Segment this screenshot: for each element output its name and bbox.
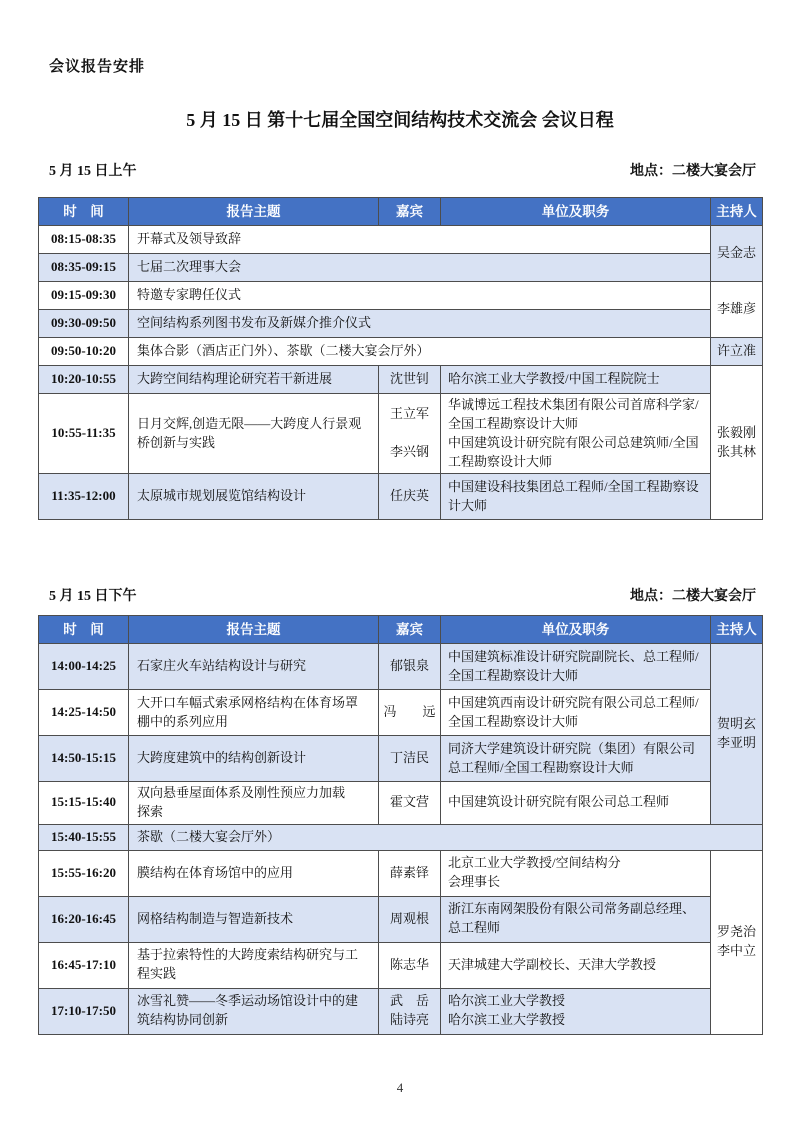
cell-unit: 哈尔滨工业大学教授/中国工程院院士 bbox=[441, 366, 711, 394]
column-header-0: 时 间 bbox=[39, 198, 129, 226]
cell-time: 09:30-09:50 bbox=[39, 310, 129, 338]
cell-guest: 丁洁民 bbox=[379, 736, 441, 782]
cell-unit: 哈尔滨工业大学教授 哈尔滨工业大学教授 bbox=[441, 988, 711, 1034]
header-row: 时 间报告主题嘉宾单位及职务主持人 bbox=[39, 616, 763, 644]
cell-time: 09:50-10:20 bbox=[39, 338, 129, 366]
table-row: 14:00-14:25石家庄火车站结构设计与研究郁银泉中国建筑标准设计研究院副院… bbox=[39, 644, 763, 690]
header-row: 时 间报告主题嘉宾单位及职务主持人 bbox=[39, 198, 763, 226]
cell-topic: 大跨度建筑中的结构创新设计 bbox=[129, 736, 379, 782]
cell-unit: 中国建筑标准设计研究院副院长、总工程师/全国工程勘察设计大师 bbox=[441, 644, 711, 690]
cell-topic: 石家庄火车站结构设计与研究 bbox=[129, 644, 379, 690]
cell-topic: 特邀专家聘任仪式 bbox=[129, 282, 711, 310]
table-row: 09:30-09:50空间结构系列图书发布及新媒介推介仪式 bbox=[39, 310, 763, 338]
cell-host: 吴金志 bbox=[711, 226, 763, 282]
table-row: 15:40-15:55茶歇（二楼大宴会厅外） bbox=[39, 824, 763, 850]
cell-guest: 沈世钊 bbox=[379, 366, 441, 394]
cell-guest: 王立军 李兴钢 bbox=[379, 394, 441, 474]
table-row: 09:15-09:30特邀专家聘任仪式李雄彦 bbox=[39, 282, 763, 310]
cell-topic: 空间结构系列图书发布及新媒介推介仪式 bbox=[129, 310, 711, 338]
page-number: 4 bbox=[0, 1080, 800, 1096]
column-header-3: 单位及职务 bbox=[441, 198, 711, 226]
cell-time: 08:35-09:15 bbox=[39, 254, 129, 282]
cell-time: 08:15-08:35 bbox=[39, 226, 129, 254]
cell-time: 14:50-15:15 bbox=[39, 736, 129, 782]
cell-topic: 膜结构在体育场馆中的应用 bbox=[129, 850, 379, 896]
table-row: 08:35-09:15七届二次理事大会 bbox=[39, 254, 763, 282]
cell-time: 16:45-17:10 bbox=[39, 942, 129, 988]
cell-unit: 天津城建大学副校长、天津大学教授 bbox=[441, 942, 711, 988]
cell-guest: 周观根 bbox=[379, 896, 441, 942]
table-row: 16:45-17:10基于拉索特性的大跨度索结构研究与工程实践陈志华天津城建大学… bbox=[39, 942, 763, 988]
column-header-0: 时 间 bbox=[39, 616, 129, 644]
table-row: 15:55-16:20膜结构在体育场馆中的应用薛素铎北京工业大学教授/空间结构分… bbox=[39, 850, 763, 896]
cell-host: 李雄彦 bbox=[711, 282, 763, 338]
table-row: 11:35-12:00太原城市规划展览馆结构设计任庆英中国建设科技集团总工程师/… bbox=[39, 474, 763, 520]
cell-unit: 中国建设科技集团总工程师/全国工程勘察设计大师 bbox=[441, 474, 711, 520]
cell-guest: 冯 远 bbox=[379, 690, 441, 736]
page-title: 5 月 15 日 第十七届全国空间结构技术交流会 会议日程 bbox=[0, 106, 800, 132]
cell-topic: 大跨空间结构理论研究若干新进展 bbox=[129, 366, 379, 394]
table-row: 10:55-11:35日月交辉,创造无限——大跨度人行景观桥创新与实践王立军 李… bbox=[39, 394, 763, 474]
cell-time: 10:20-10:55 bbox=[39, 366, 129, 394]
cell-topic: 七届二次理事大会 bbox=[129, 254, 711, 282]
column-header-3: 单位及职务 bbox=[441, 616, 711, 644]
cell-unit: 华诚博远工程技术集团有限公司首席科学家/全国工程勘察设计大师 中国建筑设计研究院… bbox=[441, 394, 711, 474]
cell-time: 16:20-16:45 bbox=[39, 896, 129, 942]
column-header-1: 报告主题 bbox=[129, 198, 379, 226]
cell-guest: 霍文营 bbox=[379, 782, 441, 825]
cell-host: 许立准 bbox=[711, 338, 763, 366]
morning-schedule-table: 时 间报告主题嘉宾单位及职务主持人08:15-08:35开幕式及领导致辞吴金志0… bbox=[38, 197, 763, 520]
table-row: 16:20-16:45网格结构制造与智造新技术周观根浙江东南网架股份有限公司常务… bbox=[39, 896, 763, 942]
cell-unit: 浙江东南网架股份有限公司常务副总经理、总工程师 bbox=[441, 896, 711, 942]
column-header-2: 嘉宾 bbox=[379, 198, 441, 226]
morning-session-location: 地点：二楼大宴会厅 bbox=[630, 160, 762, 180]
cell-topic: 基于拉索特性的大跨度索结构研究与工程实践 bbox=[129, 942, 379, 988]
morning-session-meta: 5 月 15 日上午 地点：二楼大宴会厅 bbox=[38, 160, 762, 180]
cell-topic: 开幕式及领导致辞 bbox=[129, 226, 711, 254]
table-row: 08:15-08:35开幕式及领导致辞吴金志 bbox=[39, 226, 763, 254]
cell-topic: 太原城市规划展览馆结构设计 bbox=[129, 474, 379, 520]
cell-time: 14:00-14:25 bbox=[39, 644, 129, 690]
table-row: 17:10-17:50冰雪礼赞——冬季运动场馆设计中的建筑结构协同创新武 岳 陆… bbox=[39, 988, 763, 1034]
afternoon-session-label: 5 月 15 日下午 bbox=[38, 585, 137, 605]
table-row: 14:25-14:50大开口车幅式索承网格结构在体育场罩棚中的系列应用冯 远中国… bbox=[39, 690, 763, 736]
cell-guest: 任庆英 bbox=[379, 474, 441, 520]
column-header-4: 主持人 bbox=[711, 616, 763, 644]
cell-topic: 冰雪礼赞——冬季运动场馆设计中的建筑结构协同创新 bbox=[129, 988, 379, 1034]
table-row: 10:20-10:55大跨空间结构理论研究若干新进展沈世钊哈尔滨工业大学教授/中… bbox=[39, 366, 763, 394]
table-row: 09:50-10:20集体合影（酒店正门外）、茶歇（二楼大宴会厅外）许立准 bbox=[39, 338, 763, 366]
afternoon-schedule-table: 时 间报告主题嘉宾单位及职务主持人14:00-14:25石家庄火车站结构设计与研… bbox=[38, 615, 763, 1035]
morning-session-label: 5 月 15 日上午 bbox=[38, 160, 137, 180]
cell-guest: 武 岳 陆诗亮 bbox=[379, 988, 441, 1034]
cell-guest: 薛素铎 bbox=[379, 850, 441, 896]
cell-host: 罗尧治 李中立 bbox=[711, 850, 763, 1034]
cell-unit: 北京工业大学教授/空间结构分 会理事长 bbox=[441, 850, 711, 896]
cell-time: 17:10-17:50 bbox=[39, 988, 129, 1034]
cell-time: 09:15-09:30 bbox=[39, 282, 129, 310]
cell-guest: 陈志华 bbox=[379, 942, 441, 988]
afternoon-session-location: 地点：二楼大宴会厅 bbox=[630, 585, 762, 605]
cell-topic: 茶歇（二楼大宴会厅外） bbox=[129, 824, 763, 850]
column-header-1: 报告主题 bbox=[129, 616, 379, 644]
cell-unit: 同济大学建筑设计研究院（集团）有限公司总工程师/全国工程勘察设计大师 bbox=[441, 736, 711, 782]
cell-topic: 双向悬垂屋面体系及刚性预应力加载 探索 bbox=[129, 782, 379, 825]
cell-time: 15:40-15:55 bbox=[39, 824, 129, 850]
cell-guest: 郁银泉 bbox=[379, 644, 441, 690]
cell-topic: 大开口车幅式索承网格结构在体育场罩棚中的系列应用 bbox=[129, 690, 379, 736]
cell-host: 张毅刚 张其林 bbox=[711, 366, 763, 520]
cell-unit: 中国建筑西南设计研究院有限公司总工程师/全国工程勘察设计大师 bbox=[441, 690, 711, 736]
document-section-header: 会议报告安排 bbox=[49, 55, 145, 76]
cell-time: 10:55-11:35 bbox=[39, 394, 129, 474]
column-header-2: 嘉宾 bbox=[379, 616, 441, 644]
cell-topic: 集体合影（酒店正门外）、茶歇（二楼大宴会厅外） bbox=[129, 338, 711, 366]
cell-topic: 日月交辉,创造无限——大跨度人行景观桥创新与实践 bbox=[129, 394, 379, 474]
afternoon-session-meta: 5 月 15 日下午 地点：二楼大宴会厅 bbox=[38, 585, 762, 605]
cell-time: 11:35-12:00 bbox=[39, 474, 129, 520]
cell-time: 15:15-15:40 bbox=[39, 782, 129, 825]
cell-time: 14:25-14:50 bbox=[39, 690, 129, 736]
table-row: 14:50-15:15大跨度建筑中的结构创新设计丁洁民同济大学建筑设计研究院（集… bbox=[39, 736, 763, 782]
cell-unit: 中国建筑设计研究院有限公司总工程师 bbox=[441, 782, 711, 825]
cell-time: 15:55-16:20 bbox=[39, 850, 129, 896]
column-header-4: 主持人 bbox=[711, 198, 763, 226]
cell-host: 贺明玄 李亚明 bbox=[711, 644, 763, 825]
cell-topic: 网格结构制造与智造新技术 bbox=[129, 896, 379, 942]
table-row: 15:15-15:40双向悬垂屋面体系及刚性预应力加载 探索霍文营中国建筑设计研… bbox=[39, 782, 763, 825]
